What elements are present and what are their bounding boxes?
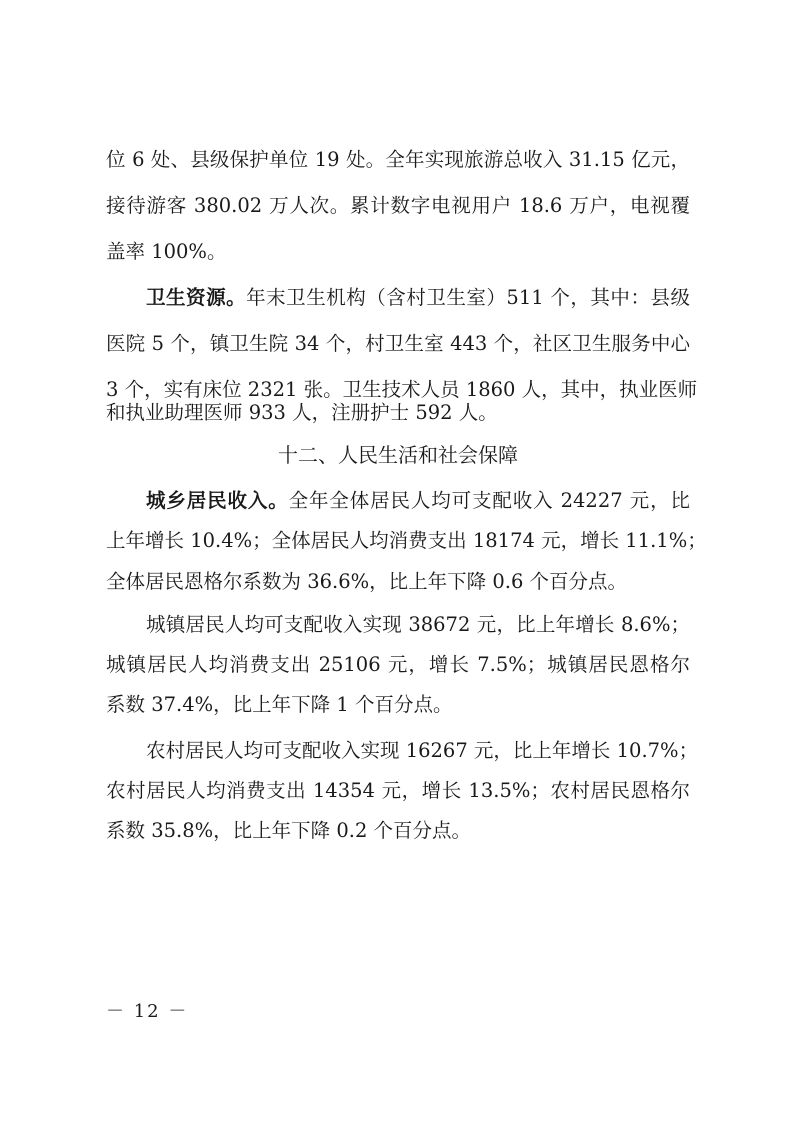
page-number: － 12 － [106, 1000, 188, 1024]
paragraph-urban-line-3: 系数 37.4%，比上年下降 1 个百分点。 [106, 692, 690, 718]
paragraph-rural-line-2: 农村居民人均消费支出 14354 元，增长 13.5%；农村居民恩格尔 [106, 778, 690, 804]
paragraph-health-line-4: 和执业助理医师 933 人，注册护士 592 人。 [106, 400, 690, 426]
paragraph-rural-line-1: 农村居民人均可支配收入实现 16267 元，比上年增长 10.7%； [146, 738, 690, 764]
document-page: 位 6 处、县级保护单位 19 处。全年实现旅游总收入 31.15 亿元， 接待… [0, 0, 793, 1122]
paragraph-urban-line-1: 城镇居民人均可支配收入实现 38672 元，比上年增长 8.6%； [146, 612, 690, 638]
paragraph-tourism-line-1: 位 6 处、县级保护单位 19 处。全年实现旅游总收入 31.15 亿元， [106, 147, 690, 173]
paragraph-health-line-2: 医院 5 个，镇卫生院 34 个，村卫生室 443 个，社区卫生服务中心 [106, 331, 690, 357]
paragraph-rural-line-3: 系数 35.8%，比上年下降 0.2 个百分点。 [106, 818, 690, 844]
paragraph-income-line-1: 城乡居民收入。全年全体居民人均可支配收入 24227 元，比 [146, 488, 690, 514]
paragraph-health-lead: 卫生资源。 [146, 286, 246, 309]
paragraph-tourism-line-2: 接待游客 380.02 万人次。累计数字电视用户 18.6 万户，电视覆 [106, 193, 690, 219]
paragraph-income-lead: 城乡居民收入。 [146, 489, 289, 512]
section-heading: 十二、人民生活和社会保障 [106, 442, 690, 468]
paragraph-income-line-3: 全体居民恩格尔系数为 36.6%，比上年下降 0.6 个百分点。 [106, 569, 690, 595]
paragraph-tourism-line-3: 盖率 100%。 [106, 239, 690, 265]
paragraph-health-line-1: 卫生资源。年末卫生机构（含村卫生室）511 个，其中：县级 [146, 285, 690, 311]
paragraph-income-line-1-text: 全年全体居民人均可支配收入 24227 元，比 [289, 489, 690, 512]
paragraph-urban-line-2: 城镇居民人均消费支出 25106 元，增长 7.5%；城镇居民恩格尔 [106, 652, 690, 678]
paragraph-health-line-1-text: 年末卫生机构（含村卫生室）511 个，其中：县级 [246, 286, 690, 309]
paragraph-income-line-2: 上年增长 10.4%；全体居民人均消费支出 18174 元，增长 11.1%； [106, 528, 690, 554]
